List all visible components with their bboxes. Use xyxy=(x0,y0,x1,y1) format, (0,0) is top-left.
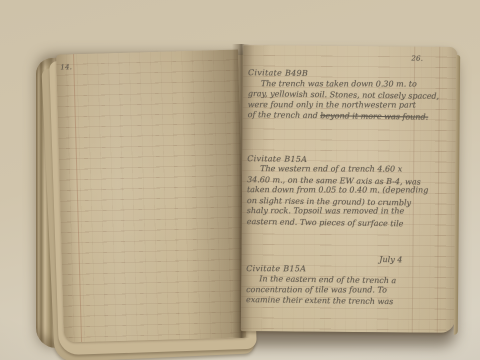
handwriting-line: examine their extent the trench was xyxy=(246,295,440,308)
handwriting-sections: Civitate B49BThe trench was taken down 0… xyxy=(246,68,442,307)
handwriting-line: of the trench and beyond it more was fou… xyxy=(248,110,442,123)
handwriting-line: concentration of tile was found. To xyxy=(246,285,440,296)
struck-through-text: beyond it more was found. xyxy=(320,111,428,122)
handwriting-text: of the trench and xyxy=(248,110,321,120)
handwriting-line: The trench was taken down 0.30 m. to xyxy=(248,79,442,90)
notebook-entry: Civitate B15AThe western end of a trench… xyxy=(247,154,442,229)
photo-background: 14. 26. Civitate B49BThe trench was take… xyxy=(0,0,480,360)
handwriting-line: eastern end. Two pieces of surface tile xyxy=(247,217,441,230)
right-page: 26. Civitate B49BThe trench was taken do… xyxy=(241,45,457,333)
handwriting-line: shaly rock. Topsoil was removed in the xyxy=(247,206,441,217)
handwriting-line: were found only in the northwestern part xyxy=(248,100,442,111)
handwriting-line: The western end of a trench 4.60 x xyxy=(247,164,441,175)
notebook-entry: Civitate B49BThe trench was taken down 0… xyxy=(248,68,442,122)
entry-heading: Civitate B15A xyxy=(246,264,440,275)
right-page-number: 26. xyxy=(411,55,423,63)
notebook: 14. 26. Civitate B49BThe trench was take… xyxy=(36,42,456,348)
left-page: 14. xyxy=(56,50,246,343)
left-page-margin-line xyxy=(73,54,82,342)
notebook-entry: July 4Civitate B15AIn the eastern end of… xyxy=(246,253,440,307)
handwriting-line: taken down from 0.05 to 0.40 m. (dependi… xyxy=(247,185,441,196)
left-page-number: 14. xyxy=(60,63,72,71)
